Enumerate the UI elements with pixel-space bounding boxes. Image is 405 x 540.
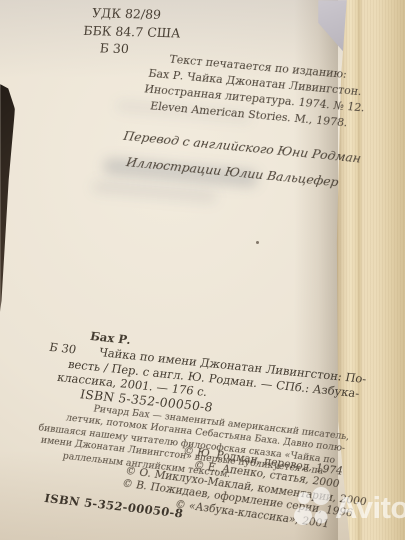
dark-background-edge bbox=[0, 84, 15, 312]
avito-wordmark: Avito bbox=[335, 490, 405, 526]
paper-speck bbox=[256, 241, 259, 244]
book-copyright-page-photo: УДК 82/89 ББК 84.7 США Б 30 Текст печата… bbox=[0, 0, 405, 540]
avito-watermark: Avito bbox=[292, 486, 405, 530]
bbk-index: ББК 84.7 США bbox=[83, 21, 182, 41]
catalog-author-sign: Б 30 bbox=[48, 340, 78, 357]
udk-index: УДК 82/89 bbox=[91, 4, 183, 24]
ink-bleed-through bbox=[92, 181, 218, 204]
avito-logo-icon bbox=[292, 486, 334, 530]
